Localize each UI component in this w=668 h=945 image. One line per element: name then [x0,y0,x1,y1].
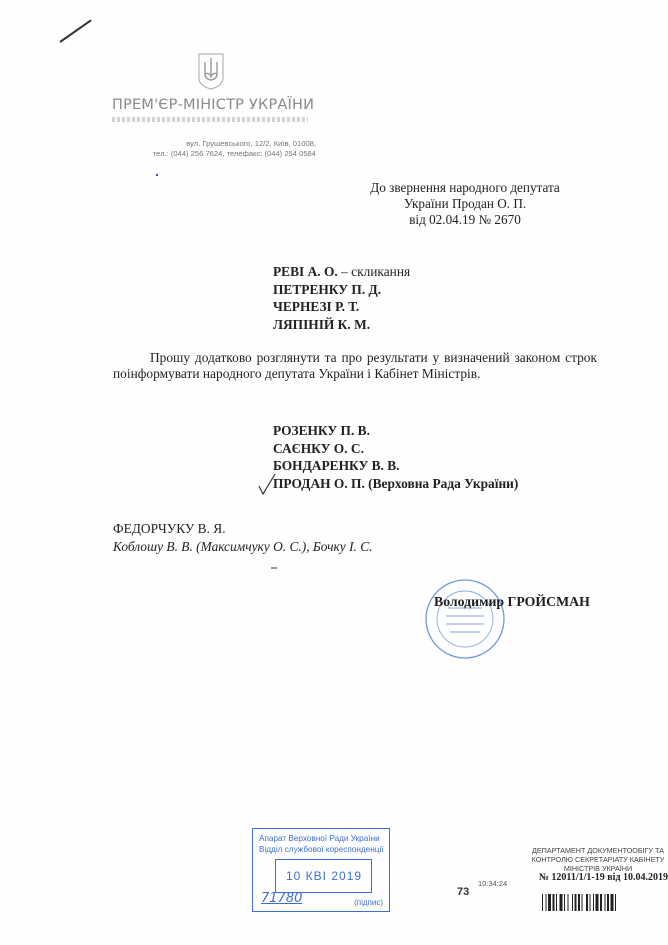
page-number: 73 [457,886,469,898]
dept-line: ДЕПАРТАМЕНТ ДОКУМЕНТООБІГУ ТА [528,846,668,855]
stamp-org: Апарат Верховної Ради України [259,834,380,843]
recipient: РЕВІ А. О. – скликання [273,263,410,281]
letterhead-title: ПРЕМ'ЄР-МІНІСТР УКРАЇНИ [112,97,312,113]
stamp-date: 10 КВІ 2019 [286,869,362,883]
stamp-sign-label: (підпис) [354,898,383,907]
secondary-recipients: РОЗЕНКУ П. В. САЄНКУ О. С. БОНДАРЕНКУ В.… [273,422,518,492]
recipient: ПЕТРЕНКУ П. Д. [273,281,410,299]
round-seal-icon [424,578,506,660]
letterhead-ornament [112,117,308,122]
stamp-date-box: 10 КВІ 2019 [275,859,372,893]
incoming-stamp: Апарат Верховної Ради України Відділ слу… [252,828,390,912]
recipient: ПРОДАН О. П. (Верховна Рада України) [273,475,518,493]
addressee-line: До звернення народного депутата [330,180,600,196]
addressee-block: До звернення народного депутата України … [330,180,600,228]
recipient: БОНДАРЕНКУ В. В. [273,457,518,475]
recipient: САЄНКУ О. С. [273,440,518,458]
checkmark-icon [258,473,276,495]
addressee-line: від 02.04.19 № 2670 [330,212,600,228]
dept-line: КОНТРОЛЮ СЕКРЕТАРІАТУ КАБІНЕТУ [528,855,668,864]
stamp-dept: Відділ службової кореспонденції [259,845,384,854]
signature-name: Володимир ГРОЙСМАН [434,594,590,610]
letterhead-address: вул. Грушевського, 12/2, Київ, 01008, те… [120,139,316,159]
department-block: ДЕПАРТАМЕНТ ДОКУМЕНТООБІГУ ТА КОНТРОЛЮ С… [528,846,668,873]
registration-time: 10:34:24 [478,879,507,888]
recipient: ЧЕРНЕЗІ Р. Т. [273,298,410,316]
ink-smudge [271,567,277,569]
registration-number: № 12011/1/1-19 від 10.04.2019 [527,872,668,883]
copy-to-main: ФЕДОРЧУКУ В. Я. [113,520,373,538]
stamp-number: 71780 [261,891,302,906]
ink-dot [156,174,158,176]
copy-to-block: ФЕДОРЧУКУ В. Я. Коблошу В. В. (Максимчук… [113,520,373,556]
copy-to-italic: Коблошу В. В. (Максимчуку О. С.), Бочку … [113,538,373,556]
recipient: ЛЯПІНІЙ К. М. [273,316,410,334]
phone-line: тел.: (044) 256 7624, телефакс: (044) 25… [120,149,316,159]
recipient: РОЗЕНКУ П. В. [273,422,518,440]
trident-emblem-icon [197,52,225,90]
addressee-line: України Продан О. П. [330,196,600,212]
pen-mark [59,19,91,42]
address-line: вул. Грушевського, 12/2, Київ, 01008, [120,139,316,149]
body-paragraph: Прошу додатково розглянути та про резуль… [113,350,597,382]
barcode-icon [542,894,664,911]
primary-recipients: РЕВІ А. О. – скликання ПЕТРЕНКУ П. Д. ЧЕ… [273,263,410,333]
